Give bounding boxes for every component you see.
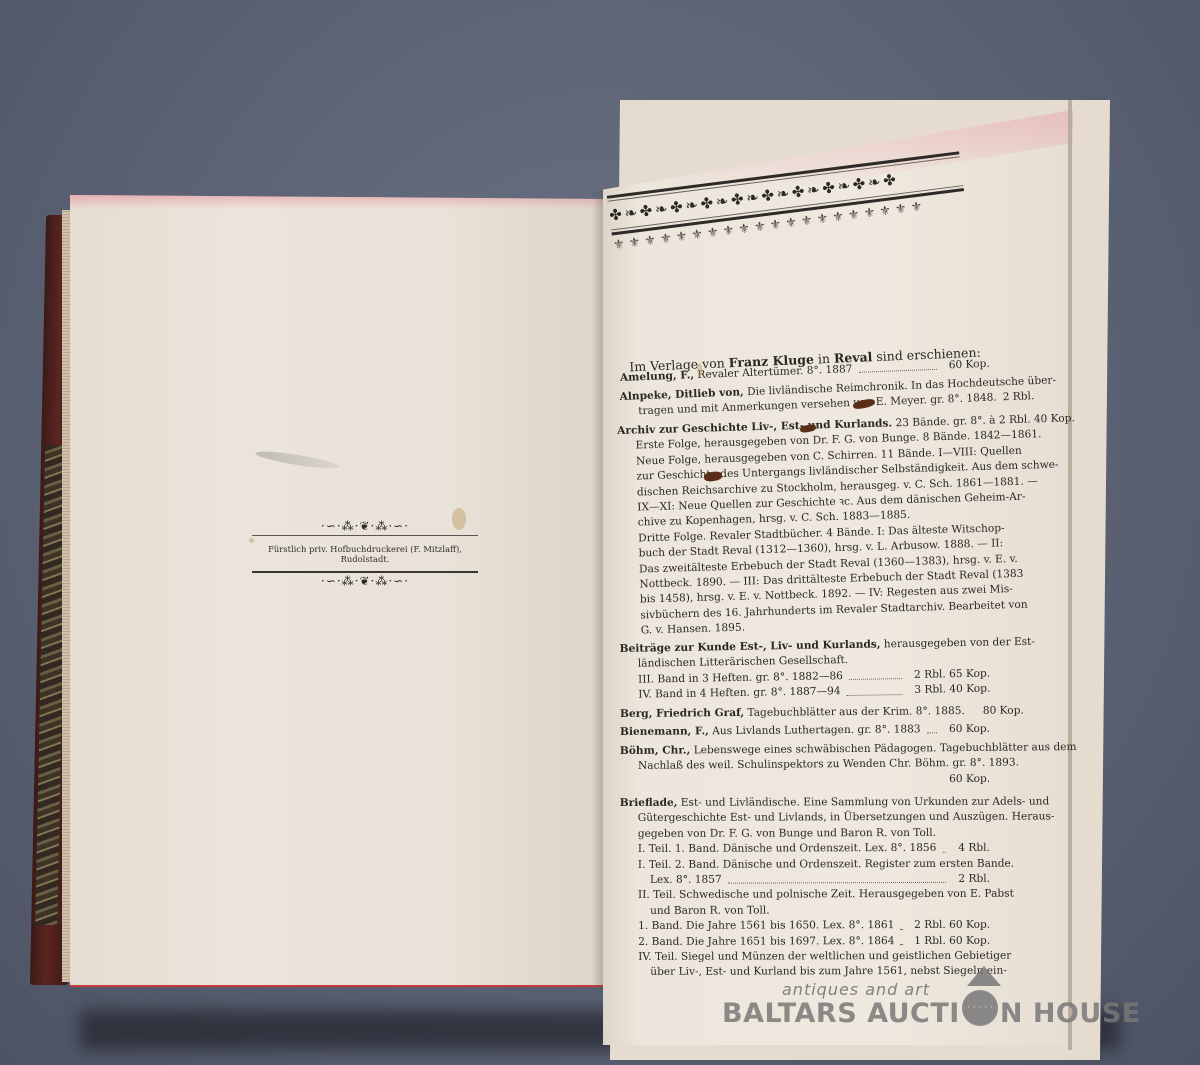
- leader-dots: [942, 841, 946, 852]
- catalog-entry: Brieflade, Est- und Livländische. Eine S…: [620, 795, 991, 981]
- catalog-entry: Archiv zur Geschichte Liv-, Est- und Kur…: [617, 413, 993, 639]
- catalog-entry: Bienemann, F., Aus Livlands Luthertagen.…: [620, 722, 990, 741]
- crown-icon: [967, 966, 1001, 986]
- watermark-name-part1: BALTARS AUCTI: [722, 998, 960, 1029]
- entry-line: 2. Band. Die Jahre 1651 bis 1697. Lex. 8…: [620, 933, 990, 950]
- page-fore-edge: [1068, 100, 1072, 1050]
- watermark-name: BALTARS AUCTIN HOUSE: [722, 998, 1141, 1029]
- entry-author: Brieflade,: [620, 797, 678, 809]
- entry-line: Nachlaß des weil. Schulinspektors zu Wen…: [620, 756, 990, 775]
- entry-line: gegeben von Dr. F. G. von Bunge und Baro…: [620, 825, 990, 842]
- entry-text: Tagebuchblätter aus der Krim. 8°. 1885.: [747, 705, 964, 719]
- leader-dots: [900, 934, 902, 945]
- watermark-tagline: antiques and art: [782, 980, 930, 999]
- entry-text: I. Teil. 2. Band. Dänische und Ordenszei…: [638, 856, 1014, 873]
- entry-line: IV. Teil. Siegel und Münzen der weltlich…: [620, 949, 990, 966]
- entry-text: Lex. 8°. 1857: [650, 873, 722, 889]
- entry-line: I. Teil. 2. Band. Dänische und Ordenszei…: [620, 856, 990, 873]
- entry-line: 1. Band. Die Jahre 1561 bis 1650. Lex. 8…: [620, 918, 990, 935]
- entry-author: Bienemann, F.,: [620, 726, 709, 739]
- foxing-stain: [697, 363, 702, 377]
- entry-text: 2. Band. Die Jahre 1651 bis 1697. Lex. 8…: [638, 934, 894, 950]
- entry-text: II. Teil. Schwedische und polnische Zeit…: [638, 887, 1014, 904]
- watermark-name-part2: N HOUSE: [1000, 998, 1141, 1029]
- entry-author: Böhm, Chr.,: [620, 744, 691, 757]
- entry-line: Bienemann, F., Aus Livlands Luthertagen.…: [620, 722, 990, 741]
- leader-dots: [858, 359, 937, 373]
- entry-line: I. Teil. 1. Band. Dänische und Ordenszei…: [620, 841, 990, 858]
- entry-price: 60 Kop.: [943, 722, 990, 738]
- leader-dots: [728, 872, 947, 884]
- imprint-ornament-bottom: ·∽·⁂·❦·⁂·∽·: [252, 575, 478, 587]
- entry-text: Lebenswege eines schwäbischen Pädagogen.…: [694, 741, 1077, 756]
- entry-price: 2 Rbl. 60 Kop.: [908, 918, 990, 934]
- entry-line: Lex. 8°. 1857 2 Rbl.: [620, 872, 990, 889]
- printer-imprint: ·∽·⁂·❦·⁂·∽· Fürstlich priv. Hofbuchdruck…: [252, 520, 478, 590]
- entry-price: 3 Rbl. 40 Kop.: [908, 682, 990, 699]
- entry-line: und Baron R. von Toll.: [620, 903, 990, 920]
- catalog-entry: Berg, Friedrich Graf, Tagebuchblätter au…: [620, 704, 990, 723]
- imprint-ornament-top: ·∽·⁂·❦·⁂·∽·: [252, 520, 478, 532]
- leader-dots: [927, 723, 937, 734]
- imprint-text: Fürstlich priv. Hofbuchdruckerei (F. Mit…: [252, 539, 478, 569]
- entry-price: 60 Kop.: [942, 357, 990, 374]
- entry-line: II. Teil. Schwedische und polnische Zeit…: [620, 887, 990, 904]
- entry-text: IV. Band in 4 Heften. gr. 8°. 1887—94: [638, 685, 840, 704]
- leader-dots: [846, 684, 902, 696]
- entry-text: gegeben von Dr. F. G. von Bunge und Baro…: [638, 826, 936, 842]
- entry-text: 1. Band. Die Jahre 1561 bis 1650. Lex. 8…: [638, 918, 894, 934]
- entry-text: Est- und Livländische. Eine Sammlung von…: [681, 795, 1050, 808]
- entry-text: IV. Teil. Siegel und Münzen der weltlich…: [638, 949, 1011, 966]
- entry-text: Aus Livlands Luthertagen. gr. 8°. 1883: [712, 724, 921, 738]
- entry-text: herausgegeben von der Est-: [884, 636, 1035, 651]
- entry-text: und Baron R. von Toll.: [650, 903, 770, 919]
- entry-price: 2 Rbl.: [996, 389, 1034, 406]
- entry-line: Berg, Friedrich Graf, Tagebuchblätter au…: [620, 704, 990, 723]
- entry-text: 23 Bände. gr. 8°. à 2 Rbl. 40 Kop.: [895, 412, 1075, 429]
- entry-price: 4 Rbl.: [952, 841, 990, 857]
- entry-price: 2 Rbl.: [952, 872, 990, 888]
- auction-house-watermark: antiques and art BALTARS AUCTIN HOUSE · …: [722, 978, 1122, 1038]
- divider: [252, 535, 478, 536]
- entry-line: Brieflade, Est- und Livländische. Eine S…: [620, 795, 990, 812]
- catalog-entry: Beiträge zur Kunde Est-, Liv- und Kurlan…: [619, 636, 990, 704]
- entry-price: 1 Rbl. 60 Kop.: [908, 933, 990, 949]
- entry-price: 60 Kop.: [943, 771, 990, 787]
- orb-icon: · · · · ·: [962, 990, 998, 1026]
- entry-text: G. v. Hansen. 1895.: [641, 620, 746, 638]
- entry-author: Berg, Friedrich Graf,: [620, 707, 744, 720]
- publisher-catalog: Im Verlage von Franz Kluge in Reval sind…: [620, 352, 990, 984]
- catalog-entry: Böhm, Chr., Lebenswege eines schwäbische…: [620, 741, 990, 790]
- entry-text: Gütergeschichte Est- und Livlands, in Üb…: [638, 810, 1055, 827]
- leader-dots: [849, 668, 902, 680]
- entry-line: Gütergeschichte Est- und Livlands, in Üb…: [620, 810, 990, 827]
- entry-price: 80 Kop.: [977, 703, 1024, 719]
- entry-text: Revaler Altertümer. 8°. 1887: [697, 363, 852, 381]
- left-page: [70, 195, 605, 987]
- entry-text: I. Teil. 1. Band. Dänische und Ordenszei…: [638, 841, 937, 857]
- entry-author: Alnpeke, Ditlieb von,: [619, 386, 744, 403]
- entry-author: Amelung, F.,: [620, 370, 695, 385]
- leader-dots: [900, 918, 902, 929]
- divider: [252, 571, 478, 573]
